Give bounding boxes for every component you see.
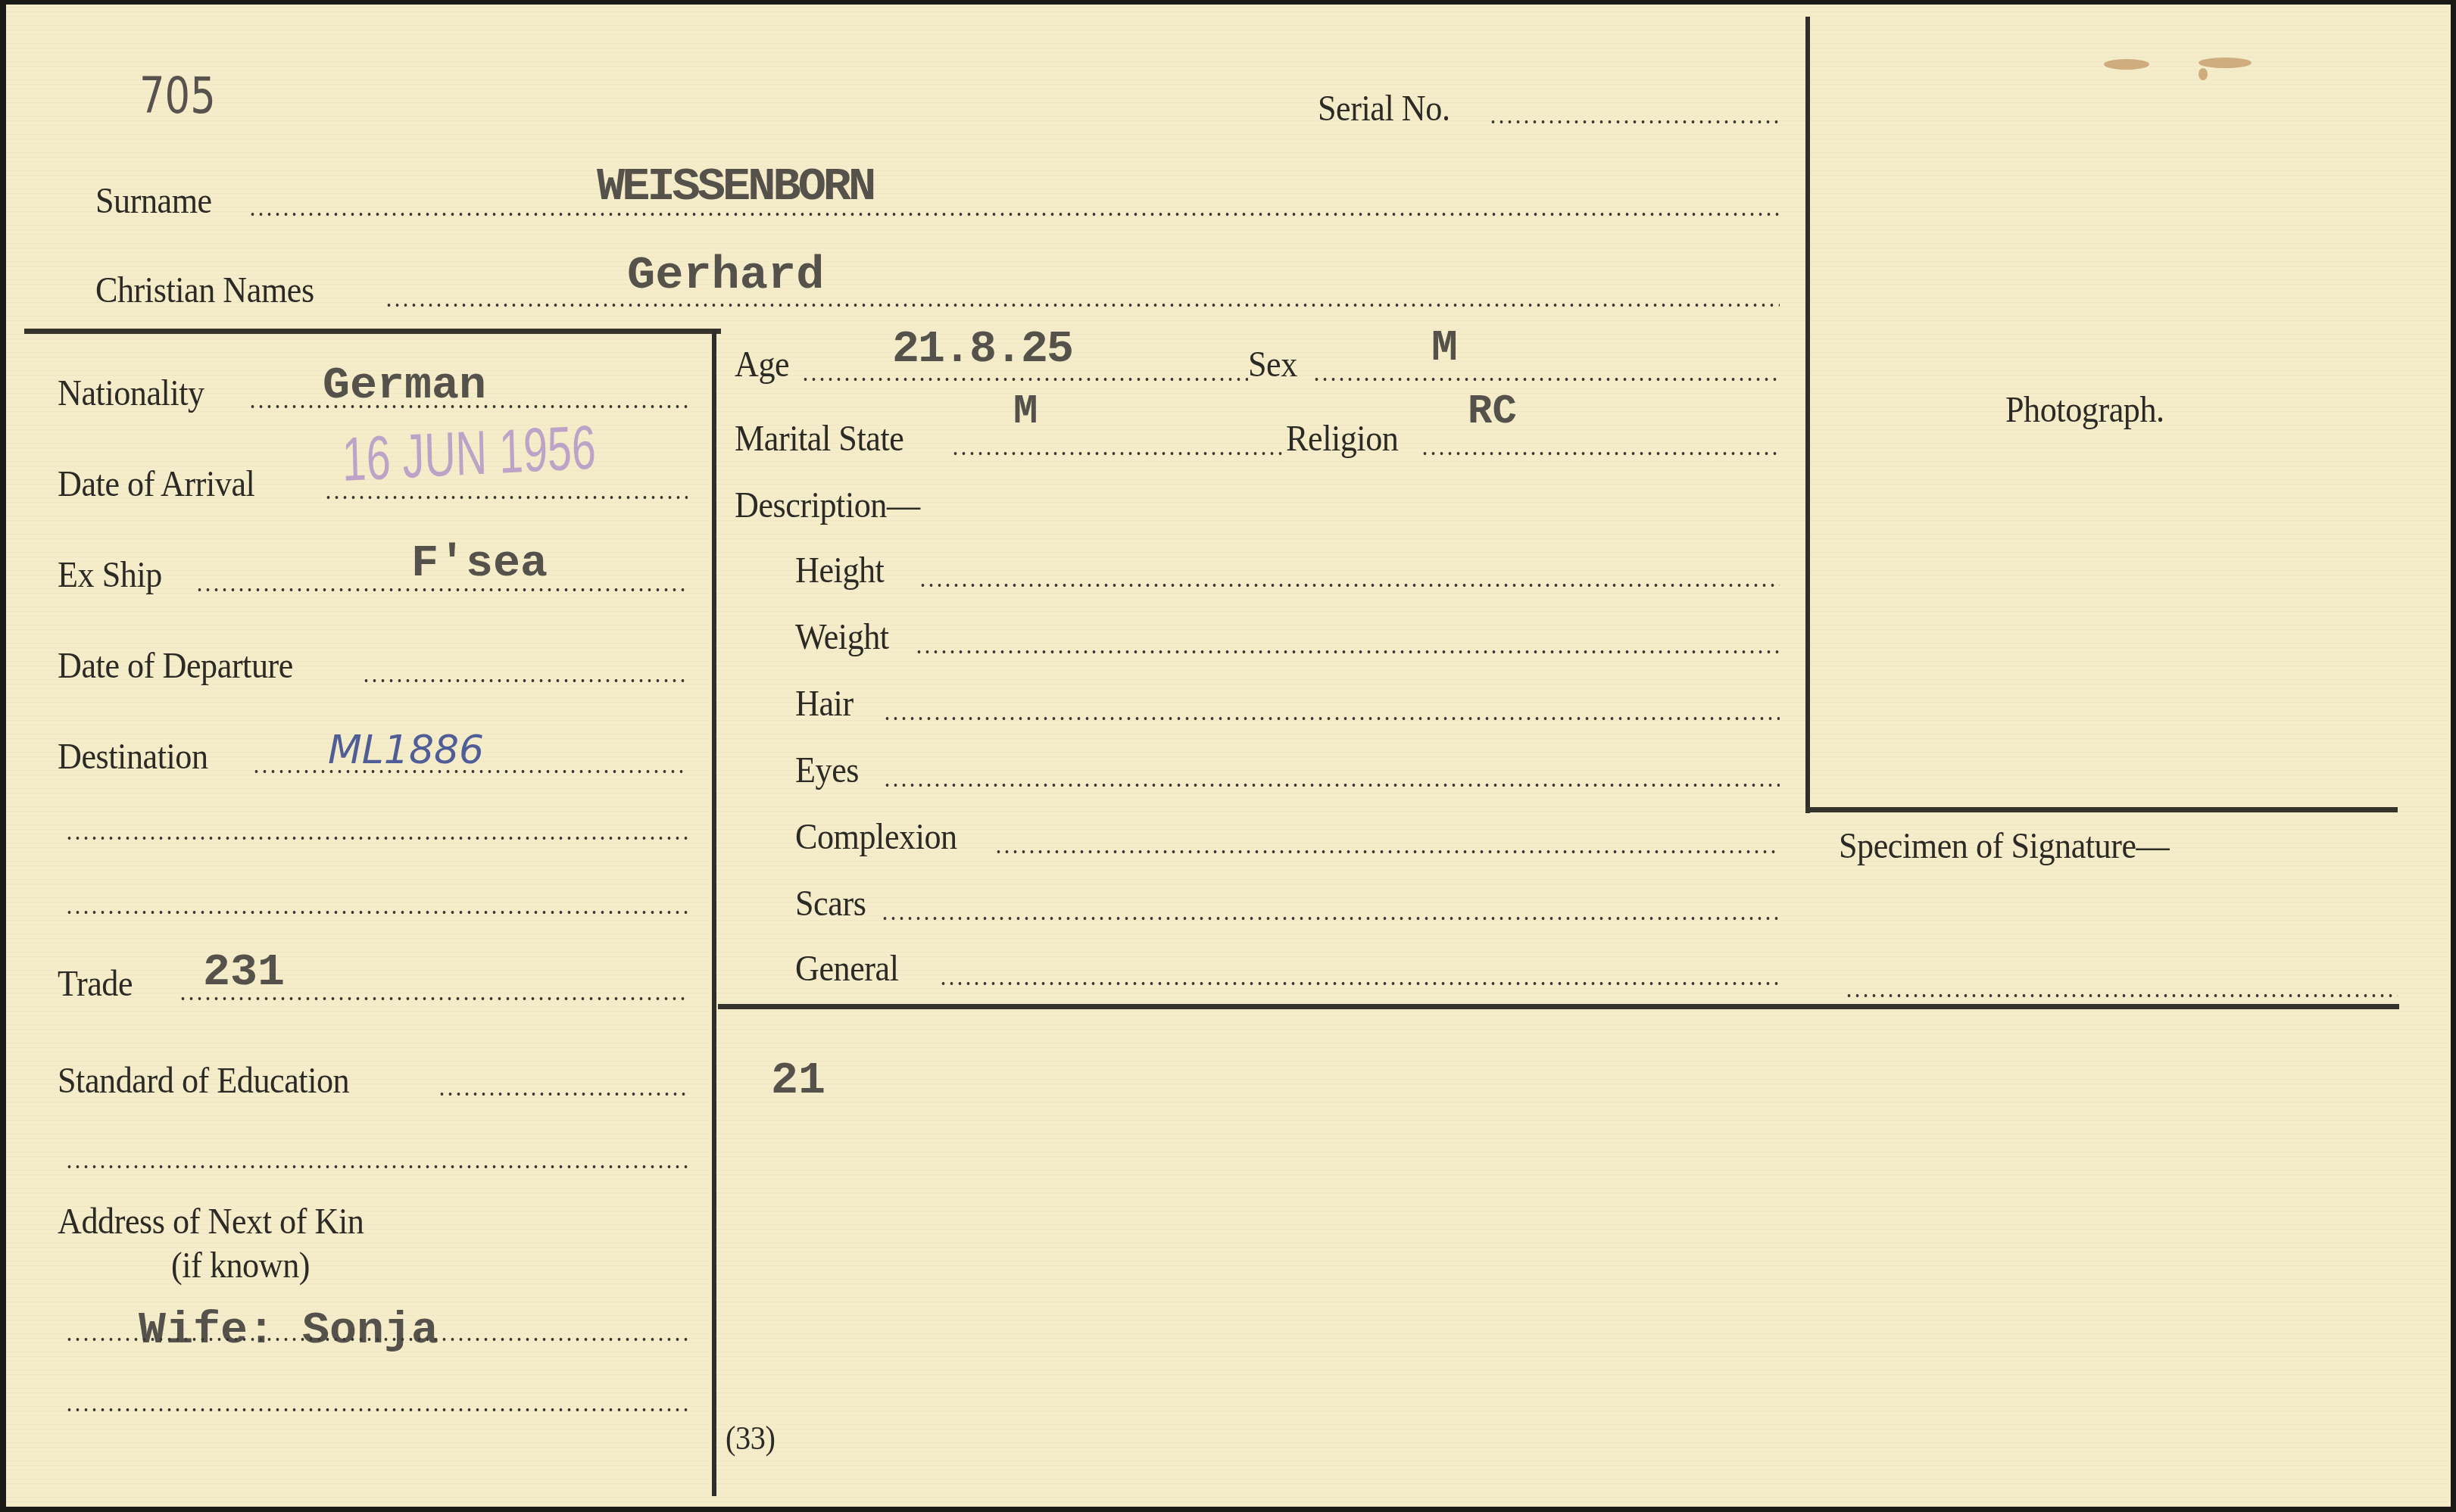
surname-label: Surname bbox=[95, 180, 212, 222]
date-of-departure-label: Date of Departure bbox=[58, 645, 293, 687]
marital-state-label: Marital State bbox=[735, 418, 903, 460]
signature-label: Specimen of Signature— bbox=[1839, 825, 2169, 867]
weight-field[interactable] bbox=[915, 650, 1780, 654]
sex-value: M bbox=[1431, 324, 1458, 373]
age-field[interactable] bbox=[801, 377, 1248, 382]
sex-field[interactable] bbox=[1312, 377, 1780, 382]
height-label: Height bbox=[795, 550, 884, 591]
blank-line-3[interactable] bbox=[65, 1164, 688, 1169]
general-label: General bbox=[795, 948, 899, 990]
scars-label: Scars bbox=[795, 883, 866, 924]
sex-label: Sex bbox=[1248, 344, 1297, 385]
surname-value: WEISSENBORN bbox=[597, 160, 873, 214]
standard-of-education-label: Standard of Education bbox=[58, 1060, 349, 1102]
surname-field[interactable] bbox=[248, 212, 1780, 217]
lower-note-value: 21 bbox=[771, 1055, 825, 1107]
standard-of-education-field[interactable] bbox=[438, 1092, 688, 1096]
next-of-kin-field-2[interactable] bbox=[65, 1408, 688, 1412]
religion-value: RC bbox=[1468, 389, 1517, 435]
description-label: Description— bbox=[735, 485, 920, 526]
left-top-rule bbox=[24, 329, 721, 334]
hair-field[interactable] bbox=[883, 716, 1780, 721]
registration-card: 705 Serial No. Surname WEISSENBORN Chris… bbox=[6, 5, 2451, 1507]
trade-value: 231 bbox=[203, 947, 285, 999]
form-number: (33) bbox=[726, 1419, 775, 1457]
date-of-arrival-field[interactable] bbox=[324, 495, 688, 500]
next-of-kin-value: Wife: Sonja bbox=[139, 1305, 438, 1357]
eyes-field[interactable] bbox=[883, 783, 1780, 787]
photo-box-bottom-rule bbox=[1805, 807, 2398, 812]
religion-field[interactable] bbox=[1421, 451, 1780, 456]
ex-ship-value: F'sea bbox=[411, 538, 548, 590]
description-bottom-rule bbox=[718, 1004, 2399, 1009]
serial-no-field[interactable] bbox=[1489, 120, 1780, 124]
christian-names-label: Christian Names bbox=[95, 270, 314, 311]
christian-names-value: Gerhard bbox=[627, 248, 824, 302]
ex-ship-label: Ex Ship bbox=[58, 554, 162, 596]
nationality-label: Nationality bbox=[58, 373, 204, 414]
marital-state-value: M bbox=[1013, 389, 1038, 435]
religion-label: Religion bbox=[1286, 418, 1398, 460]
next-of-kin-sublabel: (if known) bbox=[171, 1245, 310, 1286]
hair-label: Hair bbox=[795, 683, 854, 725]
signature-field[interactable] bbox=[1845, 993, 2398, 998]
general-field[interactable] bbox=[939, 981, 1780, 986]
destination-label: Destination bbox=[58, 736, 208, 778]
christian-names-field[interactable] bbox=[385, 303, 1780, 307]
photograph-box[interactable] bbox=[1812, 17, 2395, 807]
complexion-label: Complexion bbox=[795, 816, 957, 858]
next-of-kin-label: Address of Next of Kin bbox=[58, 1201, 364, 1242]
eyes-label: Eyes bbox=[795, 750, 859, 791]
left-column-divider bbox=[712, 330, 716, 1496]
nationality-value: German bbox=[323, 360, 486, 412]
date-of-arrival-label: Date of Arrival bbox=[58, 463, 254, 505]
scars-field[interactable] bbox=[881, 916, 1780, 921]
marital-state-field[interactable] bbox=[951, 451, 1283, 456]
age-value: 21.8.25 bbox=[892, 324, 1072, 376]
weight-label: Weight bbox=[795, 616, 889, 658]
blank-line-1[interactable] bbox=[65, 836, 688, 840]
pencil-file-number: 705 bbox=[139, 67, 216, 125]
serial-no-label: Serial No. bbox=[1318, 88, 1450, 129]
age-label: Age bbox=[735, 344, 789, 385]
trade-label: Trade bbox=[58, 963, 133, 1005]
photo-box-left-border bbox=[1805, 17, 1810, 813]
date-of-arrival-stamp: 16 JUN 1956 bbox=[342, 412, 597, 496]
date-of-departure-field[interactable] bbox=[362, 678, 688, 683]
complexion-field[interactable] bbox=[994, 850, 1780, 854]
height-field[interactable] bbox=[919, 583, 1780, 588]
destination-value: ML1886 bbox=[328, 728, 484, 773]
blank-line-2[interactable] bbox=[65, 910, 688, 915]
